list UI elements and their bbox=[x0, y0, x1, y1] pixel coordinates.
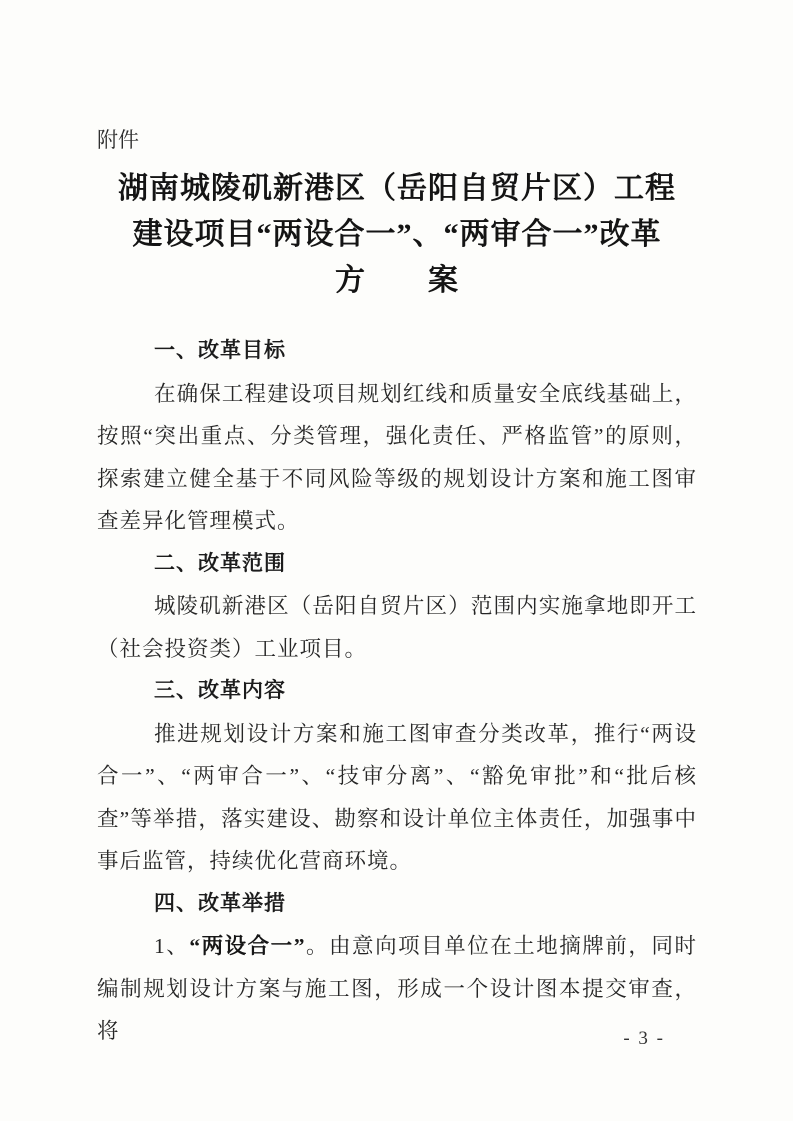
document-content: 附件 湖南城陵矶新港区（岳阳自贸片区）工程 建设项目“两设合一”、“两审合一”改… bbox=[97, 126, 697, 1053]
measure-1-number: 1、 bbox=[154, 934, 189, 958]
section-heading-reform-content: 三、改革内容 bbox=[97, 670, 697, 713]
measure-1-term: “两设合一” bbox=[189, 934, 305, 958]
document-page: 附件 湖南城陵矶新港区（岳阳自贸片区）工程 建设项目“两设合一”、“两审合一”改… bbox=[0, 0, 793, 1121]
page-number: - 3 - bbox=[623, 1028, 665, 1050]
paragraph-reform-goal: 在确保工程建设项目规划红线和质量安全底线基础上，按照“突出重点、分类管理，强化责… bbox=[97, 373, 697, 543]
section-heading-reform-measures: 四、改革举措 bbox=[97, 883, 697, 926]
section-heading-reform-goal: 一、改革目标 bbox=[97, 330, 697, 373]
paragraph-measure-1: 1、“两设合一”。由意向项目单位在土地摘牌前，同时编制规划设计方案与施工图，形成… bbox=[97, 925, 697, 1053]
section-reform-measures: 四、改革举措 1、“两设合一”。由意向项目单位在土地摘牌前，同时编制规划设计方案… bbox=[97, 883, 697, 1053]
paragraph-reform-scope: 城陵矶新港区（岳阳自贸片区）范围内实施拿地即开工（社会投资类）工业项目。 bbox=[97, 585, 697, 670]
section-reform-scope: 二、改革范围 城陵矶新港区（岳阳自贸片区）范围内实施拿地即开工（社会投资类）工业… bbox=[97, 543, 697, 671]
title-line-1: 湖南城陵矶新港区（岳阳自贸片区）工程 bbox=[97, 166, 697, 212]
document-title: 湖南城陵矶新港区（岳阳自贸片区）工程 建设项目“两设合一”、“两审合一”改革 方… bbox=[97, 166, 697, 304]
document-body: 一、改革目标 在确保工程建设项目规划红线和质量安全底线基础上，按照“突出重点、分… bbox=[97, 330, 697, 1053]
section-reform-goal: 一、改革目标 在确保工程建设项目规划红线和质量安全底线基础上，按照“突出重点、分… bbox=[97, 330, 697, 543]
paragraph-reform-content: 推进规划设计方案和施工图审查分类改革，推行“两设合一”、“两审合一”、“技审分离… bbox=[97, 713, 697, 883]
title-line-2: 建设项目“两设合一”、“两审合一”改革 bbox=[97, 212, 697, 258]
section-reform-content: 三、改革内容 推进规划设计方案和施工图审查分类改革，推行“两设合一”、“两审合一… bbox=[97, 670, 697, 883]
section-heading-reform-scope: 二、改革范围 bbox=[97, 543, 697, 586]
title-line-3: 方 案 bbox=[97, 258, 697, 304]
attachment-label: 附件 bbox=[97, 126, 697, 156]
